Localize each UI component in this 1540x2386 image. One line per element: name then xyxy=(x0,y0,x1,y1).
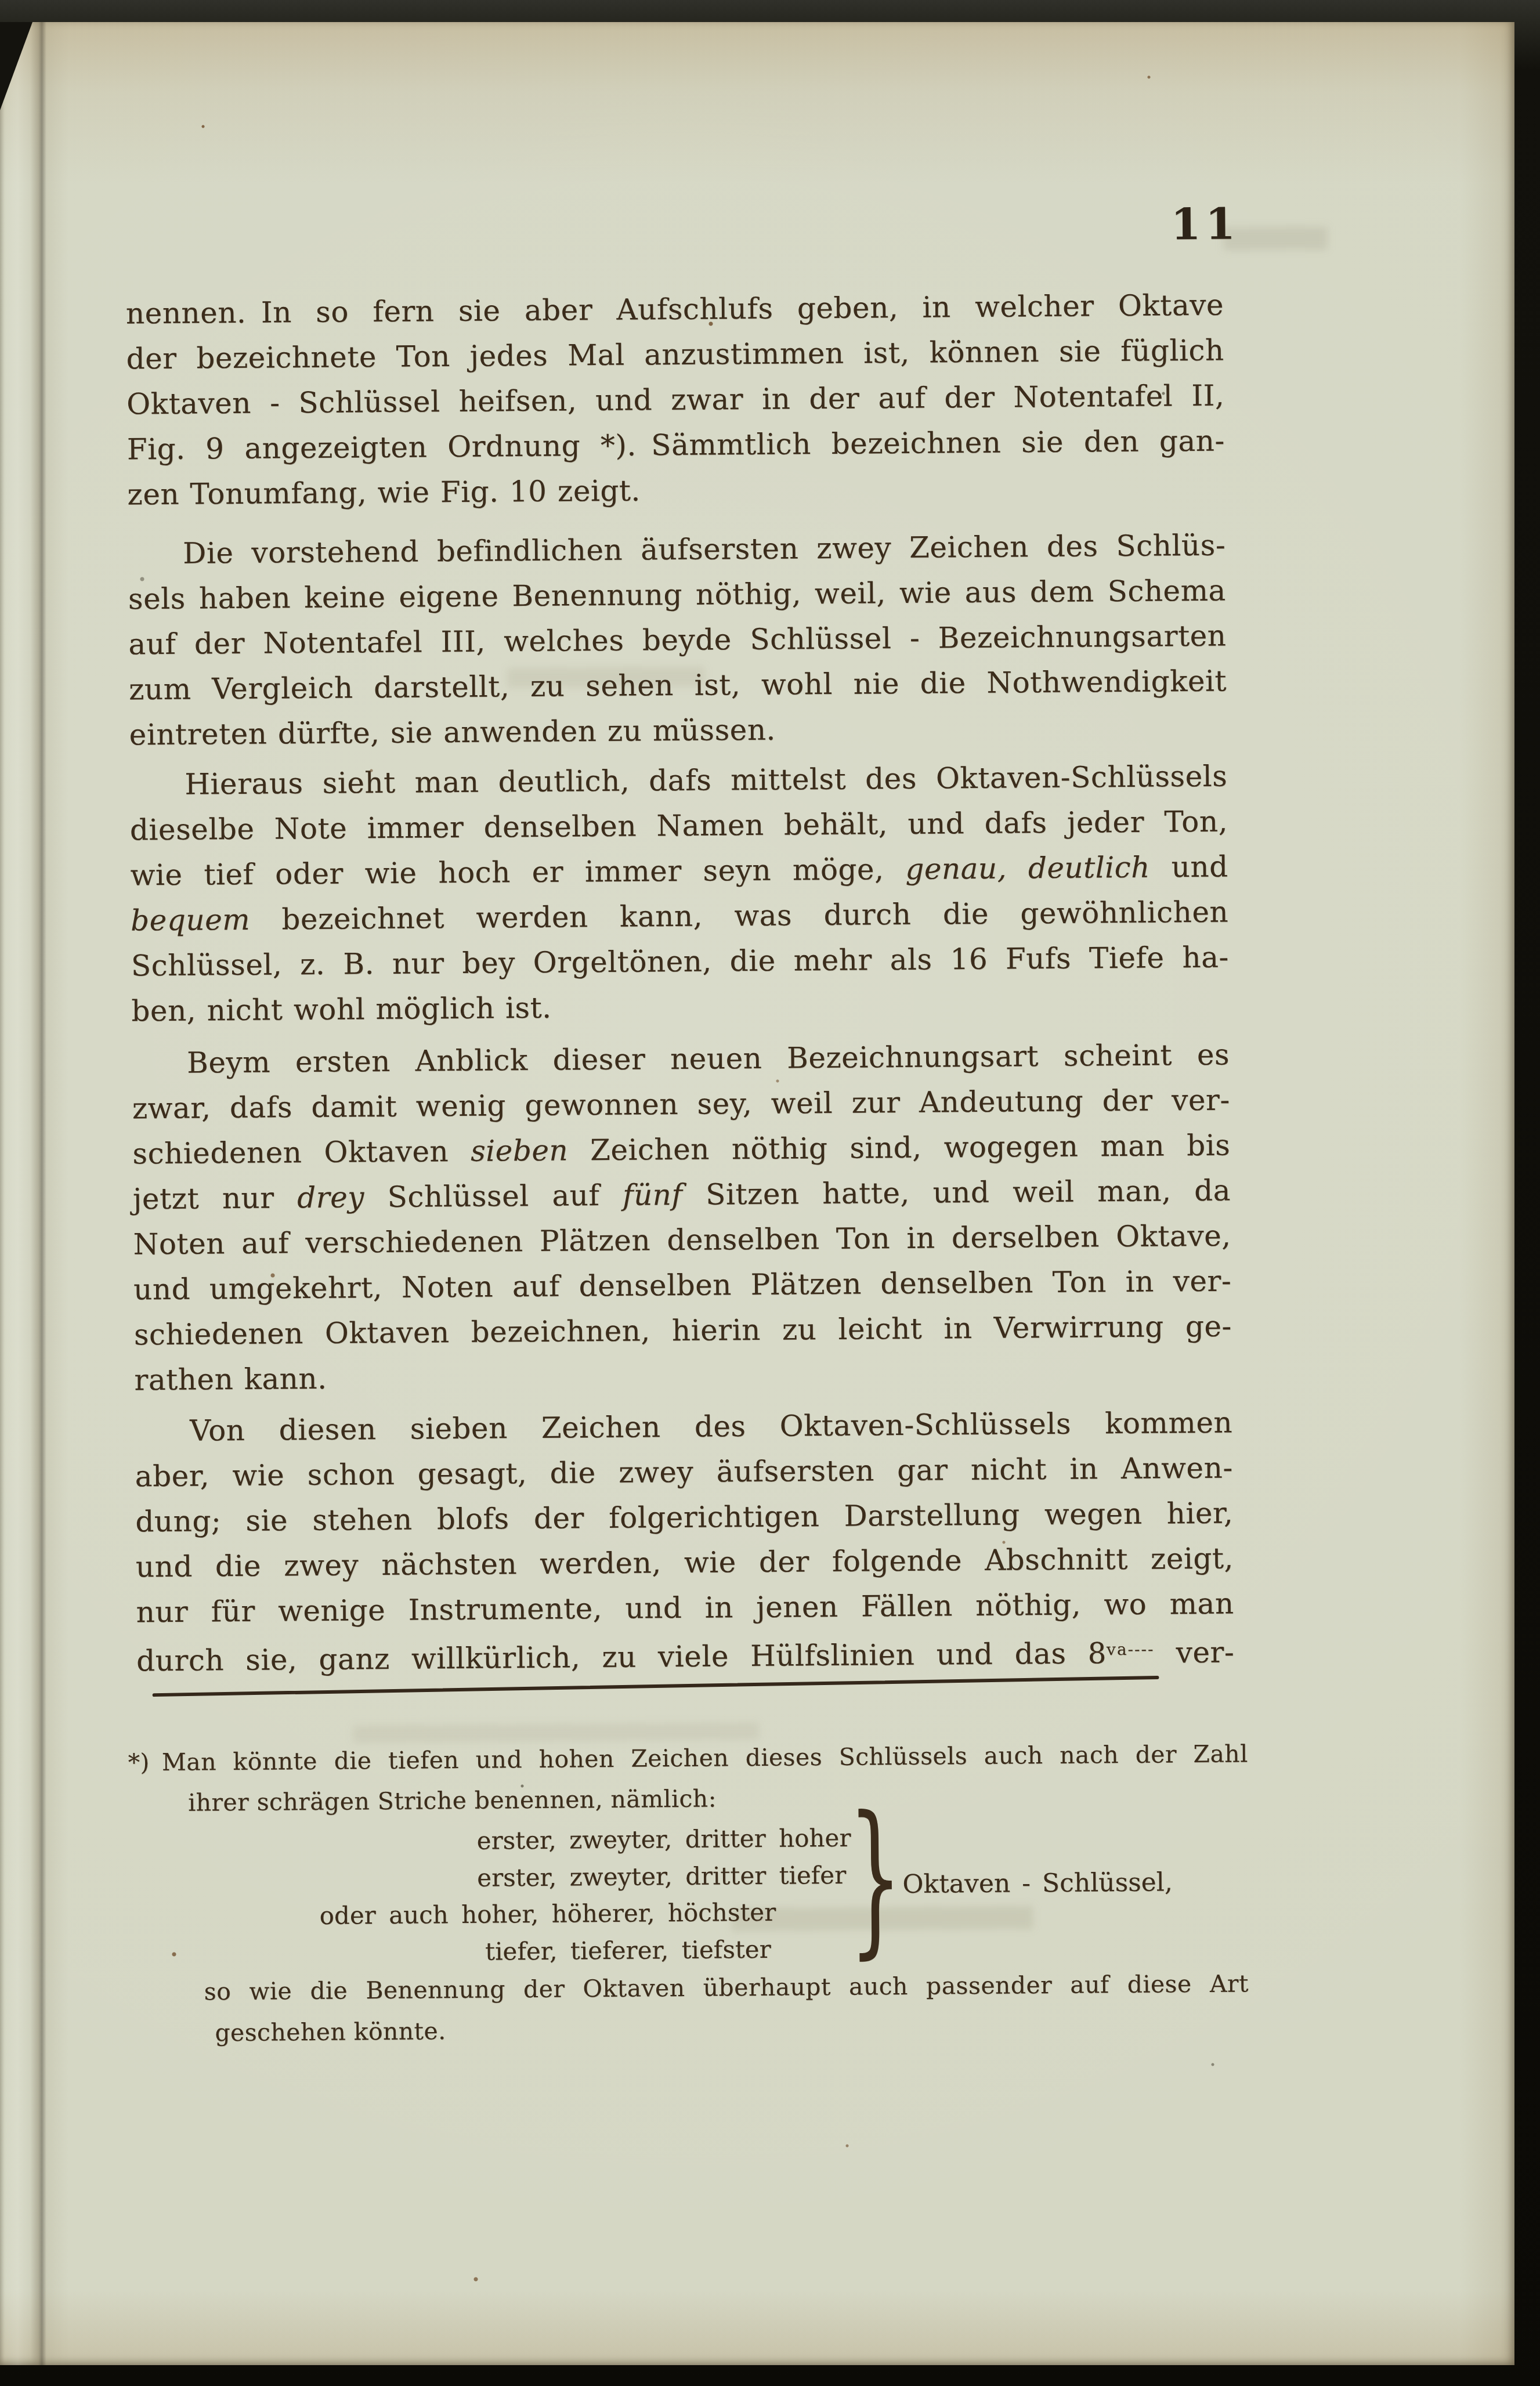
text-segment: nennen. In so fern sie aber Aufschlufs g… xyxy=(126,288,1224,331)
text-segment: aber, wie schon gesagt, die zwey äufsers… xyxy=(135,1451,1233,1494)
text-segment: rathen kann. xyxy=(134,1362,327,1397)
brace-list-item: erster, zweyter, dritter tiefer xyxy=(477,1861,846,1893)
text-line: Oktaven - Schlüssel heifsen, und zwar in… xyxy=(126,373,1225,427)
text-line: sels haben keine eigene Benennung nöthig… xyxy=(128,568,1227,622)
text-line: eintreten dürfte, sie anwenden zu müssen… xyxy=(129,704,1227,758)
text-line: zum Vergleich darstellt, zu sehen ist, w… xyxy=(129,659,1227,713)
text-segment: Zeichen nöthig sind, wogegen man bis xyxy=(568,1129,1231,1167)
italic-text: fünf xyxy=(623,1178,683,1212)
text-segment: eintreten dürfte, sie anwenden zu müssen… xyxy=(129,713,776,752)
paragraph: nennen. In so fern sie aber Aufschlufs g… xyxy=(126,283,1226,518)
text-segment: durch sie, ganz willkürlich, zu viele Hü… xyxy=(136,1637,1088,1678)
text-line: nur für wenige Instrumente, und in jenen… xyxy=(136,1581,1234,1635)
text-segment: Oktaven - Schlüssel heifsen, und zwar in… xyxy=(126,379,1224,421)
text-line: zen Tonumfang, wie Fig. 10 zeigt. xyxy=(127,464,1226,518)
text-segment: der bezeichnete Ton jedes Mal anzustimme… xyxy=(126,334,1224,376)
italic-text: drey xyxy=(297,1180,364,1214)
text-segment: Hieraus sieht man deutlich, dafs mittels… xyxy=(185,760,1227,801)
text-segment: wie tief oder wie hoch er immer seyn mög… xyxy=(130,852,905,892)
text-line: zwar, dafs damit wenig gewonnen sey, wei… xyxy=(132,1078,1230,1131)
page-number: 11 xyxy=(1171,199,1241,250)
brace-list-item: tiefer, tieferer, tiefster xyxy=(485,1935,771,1966)
text-line: Hieraus sieht man deutlich, dafs mittels… xyxy=(129,754,1228,808)
text-segment: Beym ersten Anblick dieser neuen Bezeich… xyxy=(187,1038,1230,1080)
text-segment: geschehen könnte. xyxy=(215,2017,446,2047)
text-line: rathen kann. xyxy=(134,1349,1232,1403)
page-content: 11 nennen. In so fern sie aber Aufschluf… xyxy=(0,16,1524,2371)
text-segment: zum Vergleich darstellt, zu sehen ist, w… xyxy=(129,664,1227,707)
text-line: Von diesen sieben Zeichen des Oktaven-Sc… xyxy=(135,1400,1233,1454)
text-line: Noten auf verschiedenen Plätzen denselbe… xyxy=(133,1213,1231,1267)
paragraph: Von diesen sieben Zeichen des Oktaven-Sc… xyxy=(135,1400,1235,1684)
main-text: nennen. In so fern sie aber Aufschlufs g… xyxy=(126,283,1235,1684)
text-line: schiedenen Oktaven sieben Zeichen nöthig… xyxy=(132,1123,1231,1177)
text-segment: Die vorstehend befindlichen äufsersten z… xyxy=(183,529,1226,570)
footnote-intro: *) Man könnte die tiefen und hohen Zeich… xyxy=(128,1733,1248,1823)
paragraph: Hieraus sieht man deutlich, dafs mittels… xyxy=(129,754,1230,1034)
text-line: nennen. In so fern sie aber Aufschlufs g… xyxy=(126,283,1224,337)
text-segment: zen Tonumfang, wie Fig. 10 zeigt. xyxy=(127,474,641,512)
text-segment: Noten auf verschiedenen Plätzen denselbe… xyxy=(133,1219,1231,1261)
text-segment: so wie die Benennung der Oktaven überhau… xyxy=(204,1969,1249,2005)
text-line: dung; sie stehen blofs der folgerichtige… xyxy=(135,1491,1234,1545)
text-line: wie tief oder wie hoch er immer seyn mög… xyxy=(130,844,1228,898)
text-segment: Von diesen sieben Zeichen des Oktaven-Sc… xyxy=(190,1406,1232,1448)
text-line: dieselbe Note immer denselben Namen behä… xyxy=(130,799,1228,853)
text-segment: schiedenen Oktaven xyxy=(132,1134,471,1171)
text-segment: nur für wenige Instrumente, und in jenen… xyxy=(136,1587,1234,1629)
text-segment: *) Man könnte die tiefen und hohen Zeich… xyxy=(128,1740,1248,1776)
text-segment: und umgekehrt, Noten auf denselben Plätz… xyxy=(133,1264,1231,1307)
text-segment: dieselbe Note immer denselben Namen behä… xyxy=(130,805,1228,847)
text-line: so wie die Benennung der Oktaven überhau… xyxy=(204,1963,1249,2012)
italic-text: genau, deutlich xyxy=(905,851,1150,886)
text-segment: jetzt nur xyxy=(133,1181,298,1216)
text-line: bequem bezeichnet werden kann, was durch… xyxy=(131,890,1229,943)
text-segment: ben, nicht wohl möglich ist. xyxy=(131,991,552,1028)
text-line: Schlüssel, z. B. nur bey Orgeltönen, die… xyxy=(131,935,1230,989)
text-segment: dung; sie stehen blofs der folgerichtige… xyxy=(135,1496,1233,1539)
text-segment: zwar, dafs damit wenig gewonnen sey, wei… xyxy=(132,1083,1230,1126)
text-segment: schiedenen Oktaven bezeichnen, hierin zu… xyxy=(134,1310,1232,1352)
text-segment: und die zwey nächsten werden, wie der fo… xyxy=(136,1542,1234,1584)
italic-text: bequem xyxy=(131,903,250,938)
text-line: aber, wie schon gesagt, die zwey äufsers… xyxy=(135,1445,1233,1499)
text-line: und umgekehrt, Noten auf denselben Plätz… xyxy=(133,1259,1232,1313)
text-segment: Sitzen hatte, und weil man, da xyxy=(682,1174,1231,1212)
paragraph: Beym ersten Anblick dieser neuen Bezeich… xyxy=(132,1032,1232,1403)
text-segment: Schlüssel auf xyxy=(364,1178,623,1214)
brace-list-item: oder auch hoher, höherer, höchster xyxy=(319,1898,776,1931)
text-segment: ver- xyxy=(1154,1636,1234,1670)
text-line: durch sie, ganz willkürlich, zu viele Hü… xyxy=(136,1626,1235,1684)
text-line: Fig. 9 angezeigten Ordnung *). Sämmtlich… xyxy=(127,418,1226,472)
text-line: der bezeichnete Ton jedes Mal anzustimme… xyxy=(126,328,1224,382)
text-line: und die zwey nächsten werden, wie der fo… xyxy=(136,1536,1234,1590)
text-segment: 8 xyxy=(1087,1636,1107,1670)
brace-glyph: } xyxy=(848,1801,903,1954)
text-segment: Schlüssel, z. B. nur bey Orgeltönen, die… xyxy=(131,941,1229,983)
text-segment: ihrer schrägen Striche benennen, nämlich… xyxy=(188,1785,717,1817)
text-line: Die vorstehend befindlichen äufsersten z… xyxy=(128,523,1226,577)
superscript-text: va---- xyxy=(1107,1640,1155,1660)
text-segment: Fig. 9 angezeigten Ordnung *). Sämmtlich… xyxy=(127,424,1225,467)
text-segment: bezeichnet werden kann, was durch die ge… xyxy=(250,895,1229,937)
text-line: schiedenen Oktaven bezeichnen, hierin zu… xyxy=(134,1304,1232,1358)
text-line: ihrer schrägen Striche benennen, nämlich… xyxy=(128,1774,1248,1823)
footnote-brace-label: Oktaven - Schlüssel, xyxy=(902,1867,1173,1899)
text-segment: sels haben keine eigene Benennung nöthig… xyxy=(128,574,1226,616)
footnote-closing: so wie die Benennung der Oktaven überhau… xyxy=(204,1963,1249,2054)
text-segment: auf der Notentafel III, welches beyde Sc… xyxy=(128,619,1226,661)
text-line: auf der Notentafel III, welches beyde Sc… xyxy=(128,613,1227,667)
text-line: jetzt nur drey Schlüssel auf fünf Sitzen… xyxy=(133,1168,1231,1222)
footnote-brace-list: erster, zweyter, dritter hohererster, zw… xyxy=(0,16,1506,28)
text-line: ben, nicht wohl möglich ist. xyxy=(131,980,1230,1034)
footnote: *) Man könnte die tiefen und hohen Zeich… xyxy=(0,16,1506,28)
book-page: 11 nennen. In so fern sie aber Aufschluf… xyxy=(0,22,1514,2365)
italic-text: sieben xyxy=(471,1134,568,1168)
text-line: geschehen könnte. xyxy=(204,2004,1249,2054)
text-line: Beym ersten Anblick dieser neuen Bezeich… xyxy=(132,1032,1230,1086)
paragraph: Die vorstehend befindlichen äufsersten z… xyxy=(128,523,1227,758)
text-segment: und xyxy=(1150,850,1228,884)
brace-list-item: erster, zweyter, dritter hoher xyxy=(476,1824,851,1856)
